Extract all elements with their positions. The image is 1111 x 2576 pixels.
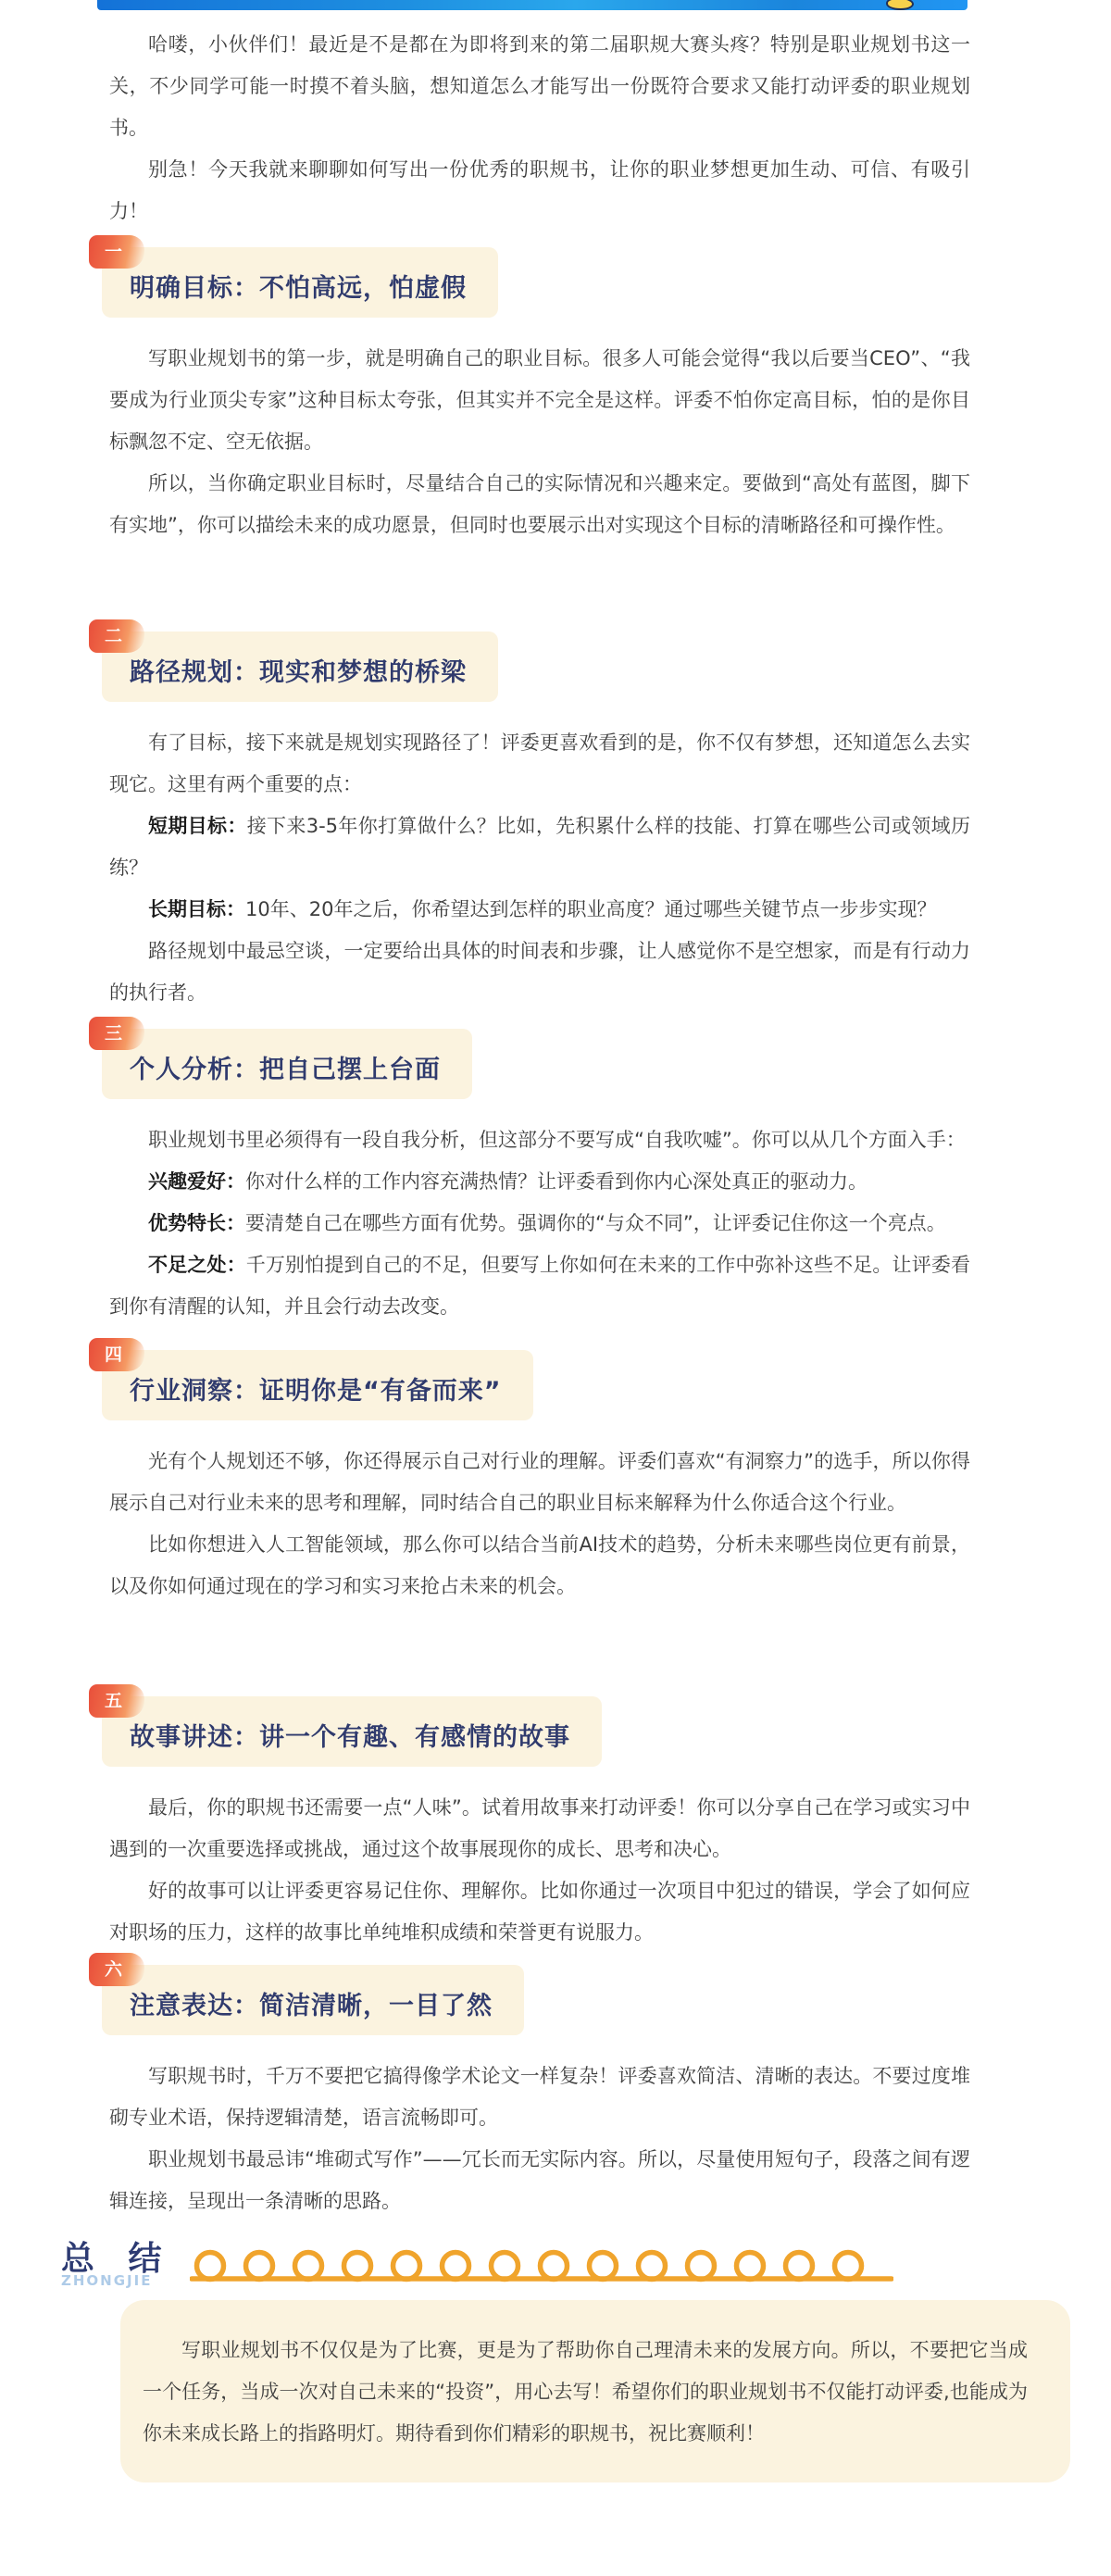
summary-header: 总 结 ZHONGJIE [61,2243,970,2291]
paragraph-text: 职业规划书最忌讳“堆砌式写作”——冗长而无实际内容。所以，尽量使用短句子，段落之… [109,2148,970,2212]
body-paragraph: 职业规划书最忌讳“堆砌式写作”——冗长而无实际内容。所以，尽量使用短句子，段落之… [109,2139,970,2222]
summary-title-group: 总 结 ZHONGJIE [61,2243,173,2289]
paragraph-text: 哈喽，小伙伴们！最近是不是都在为即将到来的第二届职规大赛头疼？特别是职业规划书这… [109,33,970,139]
section-heading: 四行业洞察：证明你是“有备而来” [102,1350,533,1420]
section-title: 故事讲述：讲一个有趣、有感情的故事 [130,1723,570,1752]
section-5: 五故事讲述：讲一个有趣、有感情的故事最后，你的职规书还需要一点“人味”。试着用故… [109,1696,970,1954]
body-paragraph: 职业规划书里必须得有一段自我分析，但这部分不要写成“自我吹嘘”。你可以从几个方面… [109,1119,970,1161]
article-page: 哈喽，小伙伴们！最近是不是都在为即将到来的第二届职规大赛头疼？特别是职业规划书这… [0,0,1111,2576]
body-paragraph: 路径规划中最忌空谈，一定要给出具体的时间表和步骤，让人感觉你不是空想家，而是有行… [109,931,970,1014]
paragraph-text: 好的故事可以让评委更容易记住你、理解你。比如你通过一次项目中犯过的错误，学会了如… [109,1880,970,1944]
body-paragraph: 比如你想进入人工智能领域，那么你可以结合当前AI技术的趋势，分析未来哪些岗位更有… [109,1524,970,1607]
body-paragraph: 有了目标，接下来就是规划实现路径了！评委更喜欢看到的是，你不仅有梦想，还知道怎么… [109,722,970,806]
paragraph-text: 职业规划书里必须得有一段自我分析，但这部分不要写成“自我吹嘘”。你可以从几个方面… [148,1129,966,1151]
paragraph-lead: 优势特长： [148,1212,245,1234]
paragraph-text: 别急！今天我就来聊聊如何写出一份优秀的职规书，让你的职业梦想更加生动、可信、有吸… [109,158,970,222]
paragraph-text: 比如你想进入人工智能领域，那么你可以结合当前AI技术的趋势，分析未来哪些岗位更有… [109,1533,970,1597]
body-paragraph: 优势特长：要清楚自己在哪些方面有优势。强调你的“与众不同”，让评委记住你这一个亮… [109,1203,970,1244]
paragraph-text: 写职规书时，千万不要把它搞得像学术论文一样复杂！评委喜欢简洁、清晰的表达。不要过… [109,2065,970,2129]
intro-paragraph: 别急！今天我就来聊聊如何写出一份优秀的职规书，让你的职业梦想更加生动、可信、有吸… [109,149,970,232]
summary-paragraph: 写职业规划书不仅仅是为了比赛，更是为了帮助你自己理清未来的发展方向。所以，不要把… [143,2330,1028,2455]
squiggle-wrap [190,2248,970,2291]
body-paragraph: 写职业规划书的第一步，就是明确自己的职业目标。很多人可能会觉得“我以后要当CEO… [109,338,970,463]
section-heading: 五故事讲述：讲一个有趣、有感情的故事 [102,1696,602,1767]
section-heading: 三个人分析：把自己摆上台面 [102,1029,472,1099]
body-paragraph: 好的故事可以让评委更容易记住你、理解你。比如你通过一次项目中犯过的错误，学会了如… [109,1870,970,1954]
section-3: 三个人分析：把自己摆上台面职业规划书里必须得有一段自我分析，但这部分不要写成“自… [109,1029,970,1328]
section-2: 二路径规划：现实和梦想的桥梁有了目标，接下来就是规划实现路径了！评委更喜欢看到的… [109,631,970,1014]
section-heading: 二路径规划：现实和梦想的桥梁 [102,631,498,702]
section-title: 注意表达：简洁清晰，一目了然 [130,1992,493,2020]
section-6: 六注意表达：简洁清晰，一目了然写职规书时，千万不要把它搞得像学术论文一样复杂！评… [109,1965,970,2222]
paragraph-text: 10年、20年之后，你希望达到怎样的职业高度？通过哪些关键节点一步步实现？ [245,898,936,920]
paragraph-text: 所以，当你确定职业目标时，尽量结合自己的实际情况和兴趣来定。要做到“高处有蓝图，… [109,472,970,536]
summary-title: 总 结 [61,2243,173,2276]
paragraph-text: 光有个人规划还不够，你还得展示自己对行业的理解。评委们喜欢“有洞察力”的选手，所… [109,1450,970,1514]
paragraph-text: 写职业规划书的第一步，就是明确自己的职业目标。很多人可能会觉得“我以后要当CEO… [109,347,970,453]
body-paragraph: 长期目标：10年、20年之后，你希望达到怎样的职业高度？通过哪些关键节点一步步实… [109,889,970,931]
section-4: 四行业洞察：证明你是“有备而来”光有个人规划还不够，你还得展示自己对行业的理解。… [109,1350,970,1607]
paragraph-lead: 不足之处： [148,1254,246,1276]
summary-box: 写职业规划书不仅仅是为了比赛，更是为了帮助你自己理清未来的发展方向。所以，不要把… [120,2300,1070,2482]
paragraph-text: 路径规划中最忌空谈，一定要给出具体的时间表和步骤，让人感觉你不是空想家，而是有行… [109,940,970,1004]
paragraph-text: 有了目标，接下来就是规划实现路径了！评委更喜欢看到的是，你不仅有梦想，还知道怎么… [109,732,970,795]
section-heading: 六注意表达：简洁清晰，一目了然 [102,1965,524,2035]
section-number-badge: 六 [89,1953,144,1986]
body-paragraph: 所以，当你确定职业目标时，尽量结合自己的实际情况和兴趣来定。要做到“高处有蓝图，… [109,463,970,546]
body-paragraph: 光有个人规划还不够，你还得展示自己对行业的理解。评委们喜欢“有洞察力”的选手，所… [109,1441,970,1524]
body-paragraph: 兴趣爱好：你对什么样的工作内容充满热情？让评委看到你内心深处真正的驱动力。 [109,1161,970,1203]
paragraph-text: 最后，你的职规书还需要一点“人味”。试着用故事来打动评委！你可以分享自己在学习或… [109,1796,970,1860]
section-title: 路径规划：现实和梦想的桥梁 [130,658,467,687]
paragraph-text: 你对什么样的工作内容充满热情？让评委看到你内心深处真正的驱动力。 [245,1170,868,1193]
body-paragraph: 最后，你的职规书还需要一点“人味”。试着用故事来打动评委！你可以分享自己在学习或… [109,1787,970,1870]
paragraph-lead: 兴趣爱好： [148,1170,245,1193]
section-body: 光有个人规划还不够，你还得展示自己对行业的理解。评委们喜欢“有洞察力”的选手，所… [109,1441,970,1607]
section-body: 写职业规划书的第一步，就是明确自己的职业目标。很多人可能会觉得“我以后要当CEO… [109,338,970,546]
body-paragraph: 不足之处：千万别怕提到自己的不足，但要写上你如何在未来的工作中弥补这些不足。让评… [109,1244,970,1328]
sections-block: 一明确目标：不怕高远，怕虚假写职业规划书的第一步，就是明确自己的职业目标。很多人… [109,247,970,2222]
section-1: 一明确目标：不怕高远，怕虚假写职业规划书的第一步，就是明确自己的职业目标。很多人… [109,247,970,546]
body-paragraph: 短期目标：接下来3-5年你打算做什么？比如，先积累什么样的技能、打算在哪些公司或… [109,806,970,889]
paragraph-text: 要清楚自己在哪些方面有优势。强调你的“与众不同”，让评委记住你这一个亮点。 [245,1212,946,1234]
section-body: 职业规划书里必须得有一段自我分析，但这部分不要写成“自我吹嘘”。你可以从几个方面… [109,1119,970,1328]
section-body: 有了目标，接下来就是规划实现路径了！评委更喜欢看到的是，你不仅有梦想，还知道怎么… [109,722,970,1014]
section-number-badge: 三 [89,1017,144,1050]
section-body: 最后，你的职规书还需要一点“人味”。试着用故事来打动评委！你可以分享自己在学习或… [109,1787,970,1954]
intro-block: 哈喽，小伙伴们！最近是不是都在为即将到来的第二届职规大赛头疼？特别是职业规划书这… [109,24,970,232]
body-paragraph: 写职规书时，千万不要把它搞得像学术论文一样复杂！评委喜欢简洁、清晰的表达。不要过… [109,2056,970,2139]
section-body: 写职规书时，千万不要把它搞得像学术论文一样复杂！评委喜欢简洁、清晰的表达。不要过… [109,2056,970,2222]
section-heading: 一明确目标：不怕高远，怕虚假 [102,247,498,318]
paragraph-lead: 长期目标： [148,898,245,920]
section-title: 行业洞察：证明你是“有备而来” [130,1377,502,1406]
section-title: 明确目标：不怕高远，怕虚假 [130,274,467,303]
section-number-badge: 二 [89,619,144,653]
section-title: 个人分析：把自己摆上台面 [130,1056,441,1084]
squiggle-decoration-icon [190,2248,893,2287]
article-content: 哈喽，小伙伴们！最近是不是都在为即将到来的第二届职规大赛头疼？特别是职业规划书这… [0,0,1111,2482]
intro-paragraph: 哈喽，小伙伴们！最近是不是都在为即将到来的第二届职规大赛头疼？特别是职业规划书这… [109,24,970,149]
section-number-badge: 五 [89,1684,144,1718]
section-number-badge: 四 [89,1338,144,1371]
paragraph-lead: 短期目标： [148,815,247,837]
section-number-badge: 一 [89,235,144,269]
